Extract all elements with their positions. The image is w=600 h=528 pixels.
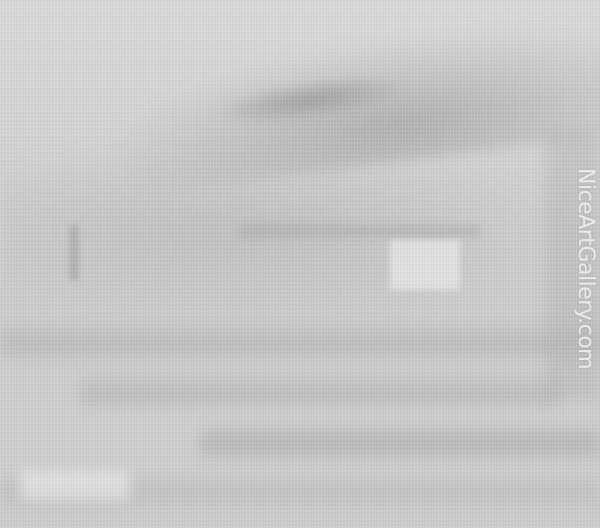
painting: NiceArtGallery.com [0, 0, 600, 528]
watermark: NiceArtGallery.com [558, 168, 598, 368]
canvas-texture [0, 0, 600, 528]
